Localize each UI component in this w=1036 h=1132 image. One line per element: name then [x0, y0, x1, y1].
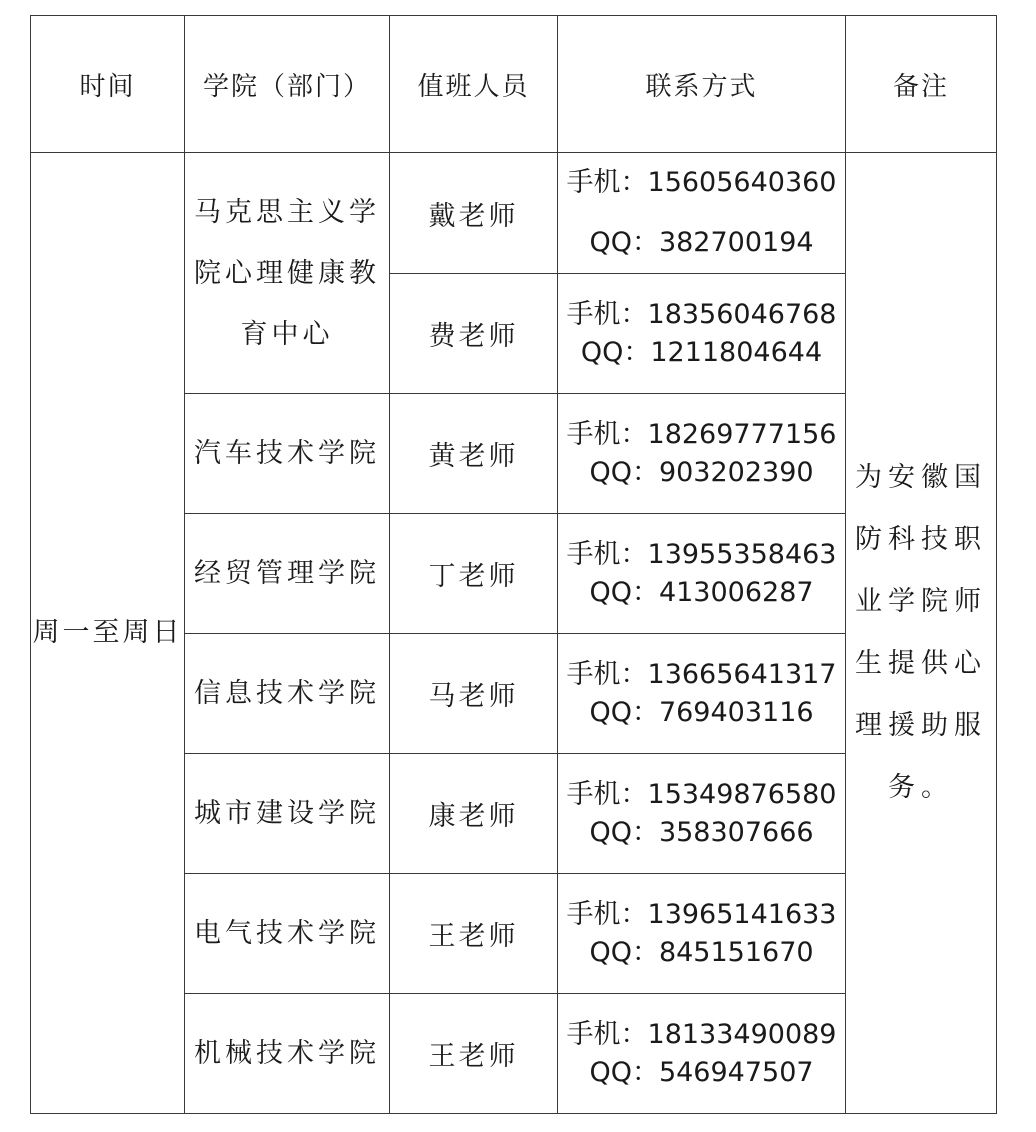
- staff-cell: 马老师: [390, 634, 558, 754]
- staff-cell: 王老师: [390, 994, 558, 1114]
- qq-text: QQ：769403116: [558, 694, 845, 732]
- contact-cell: 手机：18269777156 QQ：903202390: [558, 394, 846, 514]
- phone-text: 手机：13955358463: [558, 536, 845, 574]
- contact-cell: 手机：15605640360 QQ：382700194: [558, 153, 846, 274]
- qq-text: QQ：1211804644: [558, 334, 845, 372]
- dept-cell: 汽车技术学院: [185, 394, 390, 514]
- note-cell: 为安徽国防科技职业学院师生提供心理援助服务。: [846, 153, 997, 1114]
- header-dept: 学院（部门）: [185, 16, 390, 153]
- qq-text: QQ：358307666: [558, 814, 845, 852]
- header-row: 时间 学院（部门） 值班人员 联系方式 备注: [31, 16, 997, 153]
- qq-text: QQ：903202390: [558, 454, 845, 492]
- staff-cell: 王老师: [390, 874, 558, 994]
- dept-cell: 经贸管理学院: [185, 514, 390, 634]
- staff-cell: 康老师: [390, 754, 558, 874]
- phone-text: 手机：18356046768: [558, 296, 845, 334]
- phone-text: 手机：15349876580: [558, 776, 845, 814]
- header-contact: 联系方式: [558, 16, 846, 153]
- staff-cell: 丁老师: [390, 514, 558, 634]
- phone-text: 手机：18133490089: [558, 1016, 845, 1054]
- time-cell: 周一至周日: [31, 153, 185, 1114]
- contact-cell: 手机：15349876580 QQ：358307666: [558, 754, 846, 874]
- qq-text: QQ：845151670: [558, 934, 845, 972]
- phone-text: 手机：15605640360: [558, 153, 845, 213]
- contact-cell: 手机：13665641317 QQ：769403116: [558, 634, 846, 754]
- phone-text: 手机：13665641317: [558, 656, 845, 694]
- header-staff: 值班人员: [390, 16, 558, 153]
- qq-text: QQ：382700194: [558, 213, 845, 273]
- phone-text: 手机：18269777156: [558, 416, 845, 454]
- dept-cell: 马克思主义学院心理健康教育中心: [185, 153, 390, 394]
- contact-cell: 手机：18356046768 QQ：1211804644: [558, 274, 846, 394]
- contact-cell: 手机：13965141633 QQ：845151670: [558, 874, 846, 994]
- staff-cell: 戴老师: [390, 153, 558, 274]
- dept-cell: 电气技术学院: [185, 874, 390, 994]
- table-row: 周一至周日 马克思主义学院心理健康教育中心 戴老师 手机：15605640360…: [31, 153, 997, 274]
- staff-cell: 费老师: [390, 274, 558, 394]
- contact-cell: 手机：13955358463 QQ：413006287: [558, 514, 846, 634]
- dept-cell: 机械技术学院: [185, 994, 390, 1114]
- dept-cell: 信息技术学院: [185, 634, 390, 754]
- qq-text: QQ：413006287: [558, 574, 845, 612]
- qq-text: QQ：546947507: [558, 1054, 845, 1092]
- phone-text: 手机：13965141633: [558, 896, 845, 934]
- contact-cell: 手机：18133490089 QQ：546947507: [558, 994, 846, 1114]
- header-note: 备注: [846, 16, 997, 153]
- header-time: 时间: [31, 16, 185, 153]
- staff-cell: 黄老师: [390, 394, 558, 514]
- duty-roster-table: 时间 学院（部门） 值班人员 联系方式 备注 周一至周日 马克思主义学院心理健康…: [30, 15, 997, 1114]
- dept-cell: 城市建设学院: [185, 754, 390, 874]
